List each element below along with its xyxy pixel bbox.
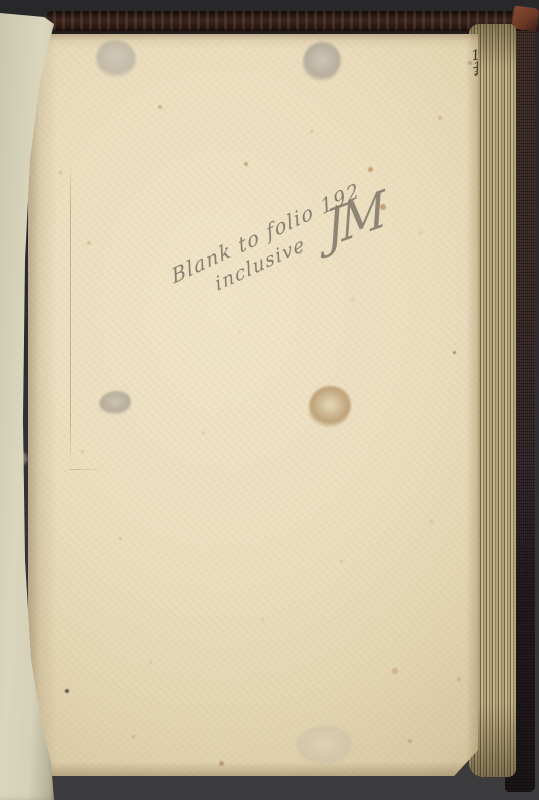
book-page: Blank to folio 192 inclusive JM 131 195 [28,34,478,776]
photo-backdrop: Blank to folio 192 inclusive JM 131 195 [0,0,539,800]
mounting-impression-line [70,160,71,470]
book-cover-top-edge [44,11,538,31]
mounting-impression-line [70,469,104,470]
